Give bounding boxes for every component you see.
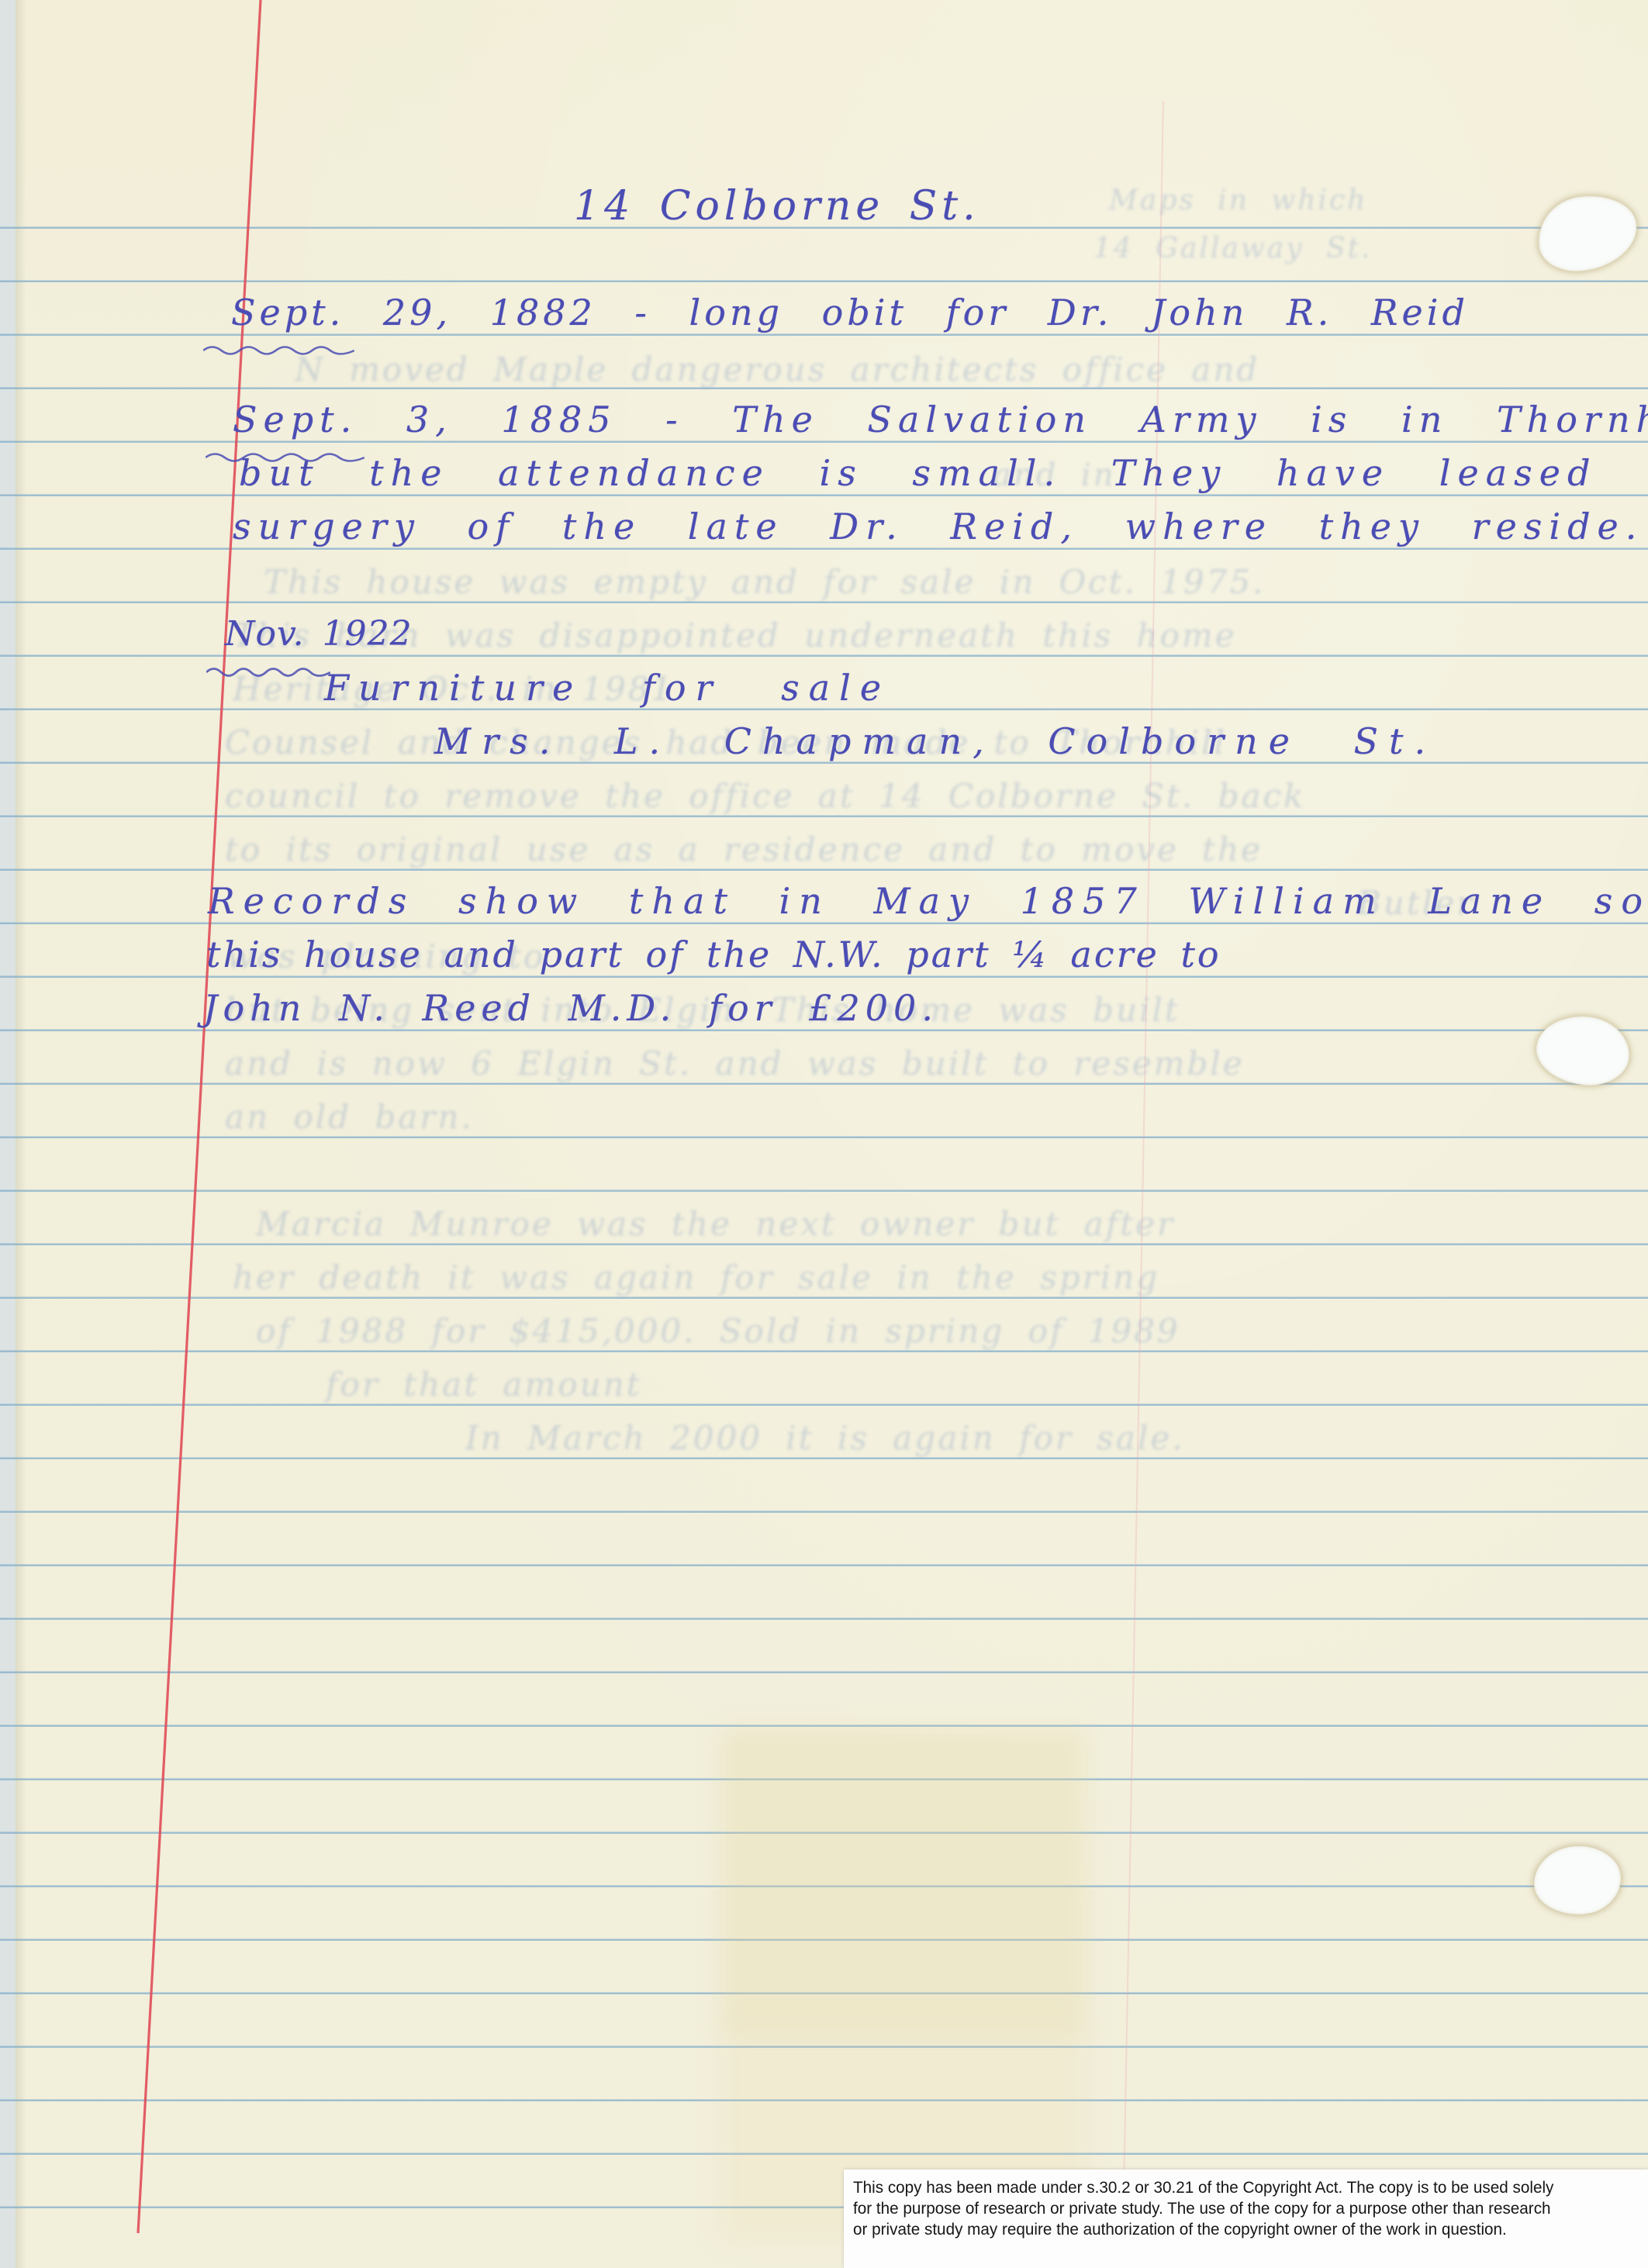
- ghost-text-line: to its original use as a residence and t…: [225, 830, 1263, 868]
- ghost-text-line: an old barn.: [225, 1098, 474, 1136]
- records-line1: Records show that in May 1857 William La…: [208, 880, 1648, 922]
- entry-1922-line1: Furniture for sale: [324, 667, 890, 709]
- ghost-text-line: and is now 6 Elgin St. and was built to …: [225, 1044, 1245, 1082]
- ghost-text-line: 14 Gallaway St.: [1093, 233, 1373, 264]
- entry-1885-line2: but the attendance is small. They have l…: [239, 452, 1648, 494]
- ghost-text-line: for that amount: [326, 1365, 642, 1403]
- ghost-text-line: N moved Maple dangerous architects offic…: [295, 350, 1259, 388]
- ghost-text-line: This house was empty and for sale in Oct…: [264, 563, 1265, 601]
- ghost-text-line: In March 2000 it is again for sale.: [465, 1419, 1185, 1457]
- entry-1885-line3: surgery of the late Dr. Reid, where they…: [233, 506, 1643, 547]
- underline-squiggle-1922: [206, 665, 330, 679]
- records-line2: this house and part of the N.W. part ¼ a…: [206, 934, 1221, 975]
- records-line3: John N. Reed M.D. for £200.: [203, 987, 938, 1029]
- ghost-text-line: Maps in which: [1109, 185, 1367, 216]
- underline-squiggle-1885: [206, 450, 364, 464]
- paper-stain: [721, 1729, 1086, 2032]
- page-title: 14 Colborne St.: [574, 183, 980, 230]
- copyright-stamp-line1: This copy has been made under s.30.2 or …: [853, 2177, 1636, 2198]
- underline-squiggle-1882: [203, 343, 354, 357]
- ghost-text-line: her death it was again for sale in the s…: [233, 1258, 1159, 1296]
- copyright-stamp-line2: for the purpose of research or private s…: [853, 2198, 1636, 2219]
- scanned-note-page: Maps in which14 Gallaway St.N moved Mapl…: [0, 0, 1648, 2268]
- ghost-text-line: of 1988 for $415,000. Sold in spring of …: [256, 1312, 1180, 1350]
- entry-1922-date: Nov. 1922: [225, 614, 413, 654]
- entry-1882-obit: Sept. 29, 1882 - long obit for Dr. John …: [231, 292, 1469, 333]
- copyright-stamp: This copy has been made under s.30.2 or …: [844, 2170, 1648, 2268]
- copyright-stamp-line3: or private study may require the authori…: [853, 2219, 1636, 2240]
- entry-1885-line1: Sept. 3, 1885 - The Salvation Army is in…: [233, 399, 1648, 440]
- ghost-text-line: council to remove the office at 14 Colbo…: [225, 777, 1305, 815]
- ghost-text-line: Marcia Munroe was the next owner but aft…: [256, 1205, 1175, 1243]
- entry-1922-line2: Mrs. L. Chapman, Colborne St.: [434, 720, 1436, 762]
